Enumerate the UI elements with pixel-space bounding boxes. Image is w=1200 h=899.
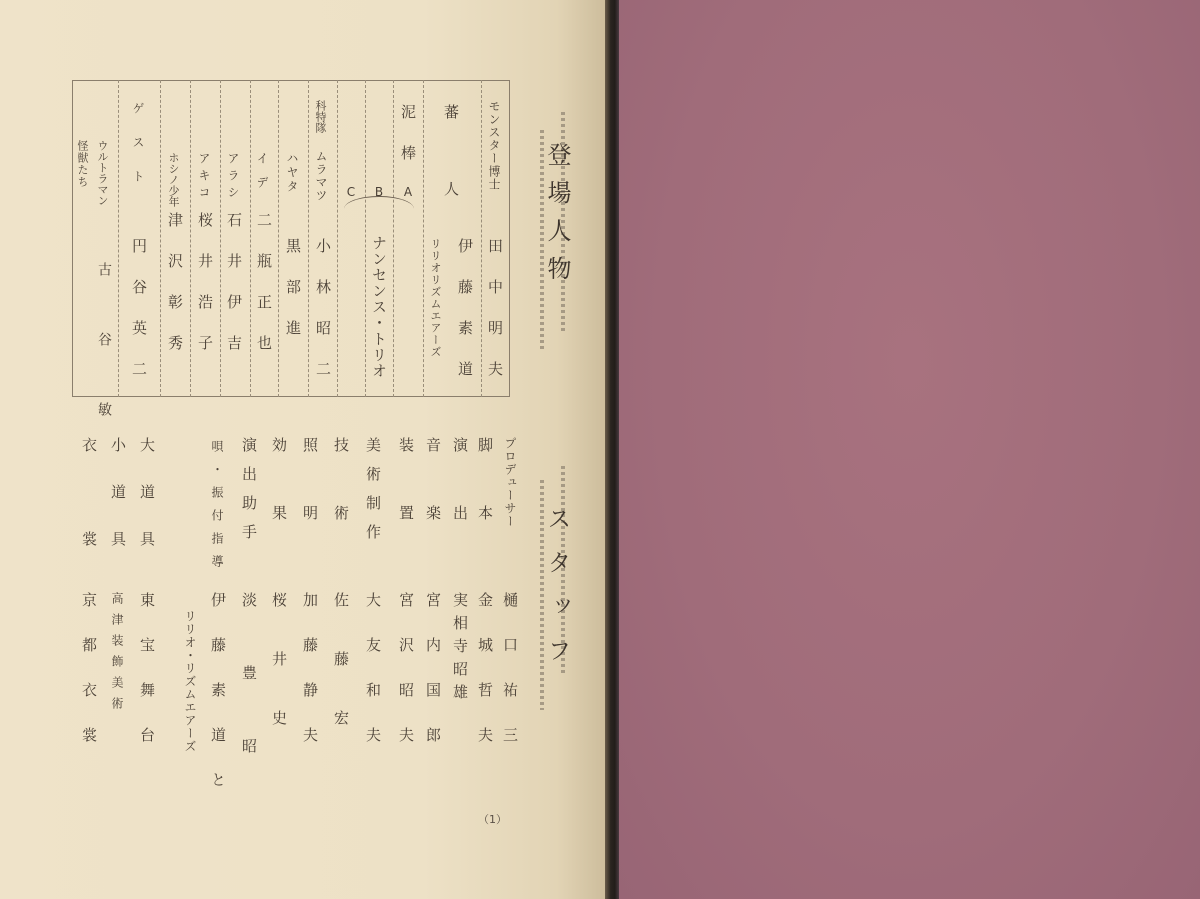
staff-role: 効果 bbox=[271, 437, 286, 573]
cast-role-group: 科特隊 bbox=[315, 100, 326, 133]
thief-c-label: C bbox=[345, 185, 357, 199]
cast-actor: 二瓶正也 bbox=[256, 212, 271, 376]
cast-role: イデ bbox=[256, 152, 268, 200]
cast-role: アラシ bbox=[227, 152, 239, 203]
staff-role: 唄・振付指導 bbox=[211, 440, 223, 578]
right-page-blank-colored-paper bbox=[619, 0, 1200, 899]
staff-role: 技術 bbox=[333, 437, 348, 573]
staff-name: 東宝舞台 bbox=[139, 592, 154, 772]
staff-name: 京都衣裳 bbox=[81, 592, 96, 772]
cast-role: アキコ bbox=[198, 152, 210, 203]
staff-name: 大友和夫 bbox=[365, 592, 380, 772]
staff-role: 脚本 bbox=[477, 437, 492, 573]
staff-role: 美術制作 bbox=[365, 437, 380, 553]
staff-name: 淡豊昭 bbox=[241, 592, 256, 811]
cast-actor: 円谷英二 bbox=[131, 238, 146, 402]
staff-name: 樋口祐三 bbox=[502, 592, 517, 772]
column-divider bbox=[160, 80, 161, 397]
cast-actor: 黒部進 bbox=[285, 238, 300, 361]
column-divider bbox=[250, 80, 251, 397]
column-divider bbox=[190, 80, 191, 397]
cast-heading: 登場人物 bbox=[540, 142, 575, 294]
cast-role: ムラマツ bbox=[315, 150, 327, 202]
column-divider bbox=[278, 80, 279, 397]
page-number: （1） bbox=[478, 811, 507, 827]
cast-note: リリオリズムエアーズ bbox=[430, 238, 441, 358]
cast-role: 泥棒 bbox=[400, 104, 415, 186]
staff-heading: スタッフ bbox=[540, 506, 575, 682]
cast-role: 怪獣たち bbox=[77, 140, 88, 188]
column-divider bbox=[423, 80, 424, 397]
staff-name: 桜井史 bbox=[271, 592, 286, 769]
column-divider bbox=[481, 80, 482, 397]
staff-name: 金城哲夫 bbox=[477, 592, 492, 772]
cast-actor: 小林昭二 bbox=[315, 238, 330, 402]
cast-actor: ナンセンス・トリオ bbox=[371, 235, 386, 379]
column-divider bbox=[220, 80, 221, 397]
thief-a-label: A bbox=[402, 185, 414, 199]
column-divider bbox=[118, 80, 119, 397]
staff-name-continued: リリオ・リズムエアーズ bbox=[184, 610, 196, 753]
cast-actor: 伊藤素道 bbox=[457, 238, 472, 402]
staff-role: プロデューサー bbox=[504, 437, 516, 528]
cast-actor: 石井伊吉 bbox=[226, 212, 241, 376]
cast-actor: 田中明夫 bbox=[487, 238, 502, 402]
column-divider bbox=[393, 80, 394, 397]
staff-role: 小道具 bbox=[110, 437, 125, 578]
cast-role: 蕃人 bbox=[443, 104, 458, 258]
staff-role: 演出 bbox=[452, 437, 467, 573]
staff-role: 演出助手 bbox=[241, 437, 256, 553]
staff-name: 佐藤宏 bbox=[333, 592, 348, 769]
staff-name: 宮内国郎 bbox=[425, 592, 440, 772]
cast-role: ホシノ少年 bbox=[168, 152, 179, 207]
column-divider bbox=[308, 80, 309, 397]
staff-name: 実相寺昭雄 bbox=[452, 592, 467, 707]
staff-role: 大道具 bbox=[139, 437, 154, 578]
column-divider bbox=[337, 80, 338, 397]
staff-name: 加藤静夫 bbox=[302, 592, 317, 772]
staff-role: 音楽 bbox=[425, 437, 440, 573]
staff-role: 照明 bbox=[302, 437, 317, 573]
book-spine bbox=[605, 0, 619, 899]
cast-actor: 津沢彰秀 bbox=[167, 212, 182, 376]
staff-role: 装置 bbox=[398, 437, 413, 573]
cast-role: ゲスト bbox=[132, 102, 144, 204]
staff-name: 伊藤素道と bbox=[210, 592, 225, 817]
cast-role: ウルトラマン bbox=[97, 140, 108, 206]
cast-role: ハヤタ bbox=[286, 152, 298, 194]
staff-name: 宮沢昭夫 bbox=[398, 592, 413, 772]
cast-role: モンスター博士 bbox=[488, 100, 500, 191]
column-divider bbox=[365, 80, 366, 397]
cast-actor: 桜井浩子 bbox=[197, 212, 212, 376]
staff-name: 高津装飾美術 bbox=[111, 592, 123, 718]
